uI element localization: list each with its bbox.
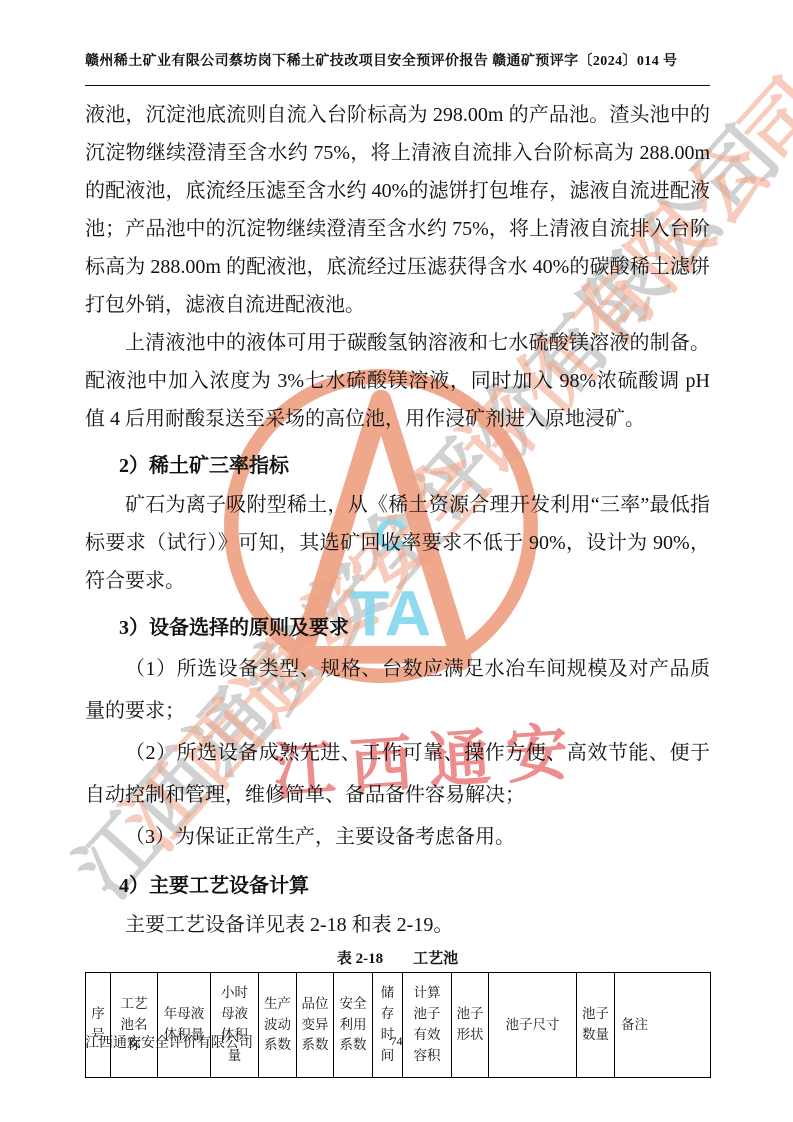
table-header-row: 序号 工艺池名称 年母液体积量 小时母液体积量 生产波动系数 品位变异系数 安全… [86, 973, 711, 1078]
table-header-cell: 计算池子有效容积 [403, 973, 452, 1078]
table-header-cell: 池子形状 [452, 973, 489, 1078]
table-header-cell: 品位变异系数 [297, 973, 334, 1078]
table-header-cell: 生产波动系数 [259, 973, 297, 1078]
table-header-cell: 序号 [86, 973, 111, 1078]
footer-company-name: 江西通安安全评价有限公司 [85, 1032, 253, 1052]
section-heading-2: 2）稀土矿三率指标 [85, 446, 710, 486]
section-heading-4: 4）主要工艺设备计算 [85, 866, 710, 906]
body-paragraph-4: （1）所选设备类型、规格、台数应满足水冶车间规模及对产品质量的要求； [85, 648, 710, 732]
body-paragraph-7: 主要工艺设备详见表 2-18 和表 2-19。 [85, 906, 710, 944]
table-header-cell: 工艺池名称 [111, 973, 158, 1078]
table-header-cell: 安全利用系数 [334, 973, 373, 1078]
table-header-cell: 备注 [615, 973, 711, 1078]
body-paragraph-3: 矿石为离子吸附型稀土，从《稀土资源合理开发利用“三率”最低指标要求（试行）》可知… [85, 486, 710, 600]
body-paragraph-2: 上清液池中的液体可用于碳酸氢钠溶液和七水硫酸镁溶液的制备。配液池中加入浓度为 3… [85, 324, 710, 438]
process-pool-table: 序号 工艺池名称 年母液体积量 小时母液体积量 生产波动系数 品位变异系数 安全… [85, 972, 711, 1078]
table-header-cell: 年母液体积量 [158, 973, 211, 1078]
page-footer: 江西通安安全评价有限公司 74 [0, 1032, 793, 1049]
section-heading-3: 3）设备选择的原则及要求 [85, 608, 710, 648]
table-header-cell: 小时母液体积量 [211, 973, 259, 1078]
document-header-title: 赣州稀土矿业有限公司蔡坊岗下稀土矿技改项目安全预评价报告 赣通矿预评字〔2024… [85, 52, 710, 86]
body-paragraph-1: 液池，沉淀池底流则自流入台阶标高为 298.00m 的产品池。渣头池中的沉淀物继… [85, 96, 710, 324]
table-header-cell: 储存时间 [373, 973, 403, 1078]
document-page: 江西通安安全评价有限公司 江西通安安全评价有限公司 C TA 江西通安 赣州稀土… [0, 0, 793, 1122]
table-header-cell: 池子数量 [577, 973, 615, 1078]
table-header-cell: 池子尺寸 [489, 973, 577, 1078]
page-content: 赣州稀土矿业有限公司蔡坊岗下稀土矿技改项目安全预评价报告 赣通矿预评字〔2024… [85, 52, 710, 1078]
body-paragraph-6: （3）为保证正常生产，主要设备考虑备用。 [85, 816, 710, 858]
table-caption: 表 2-18 工艺池 [85, 948, 710, 970]
body-paragraph-5: （2）所选设备成熟先进、工作可靠、操作方便、高效节能、便于自动控制和管理，维修简… [85, 732, 710, 816]
